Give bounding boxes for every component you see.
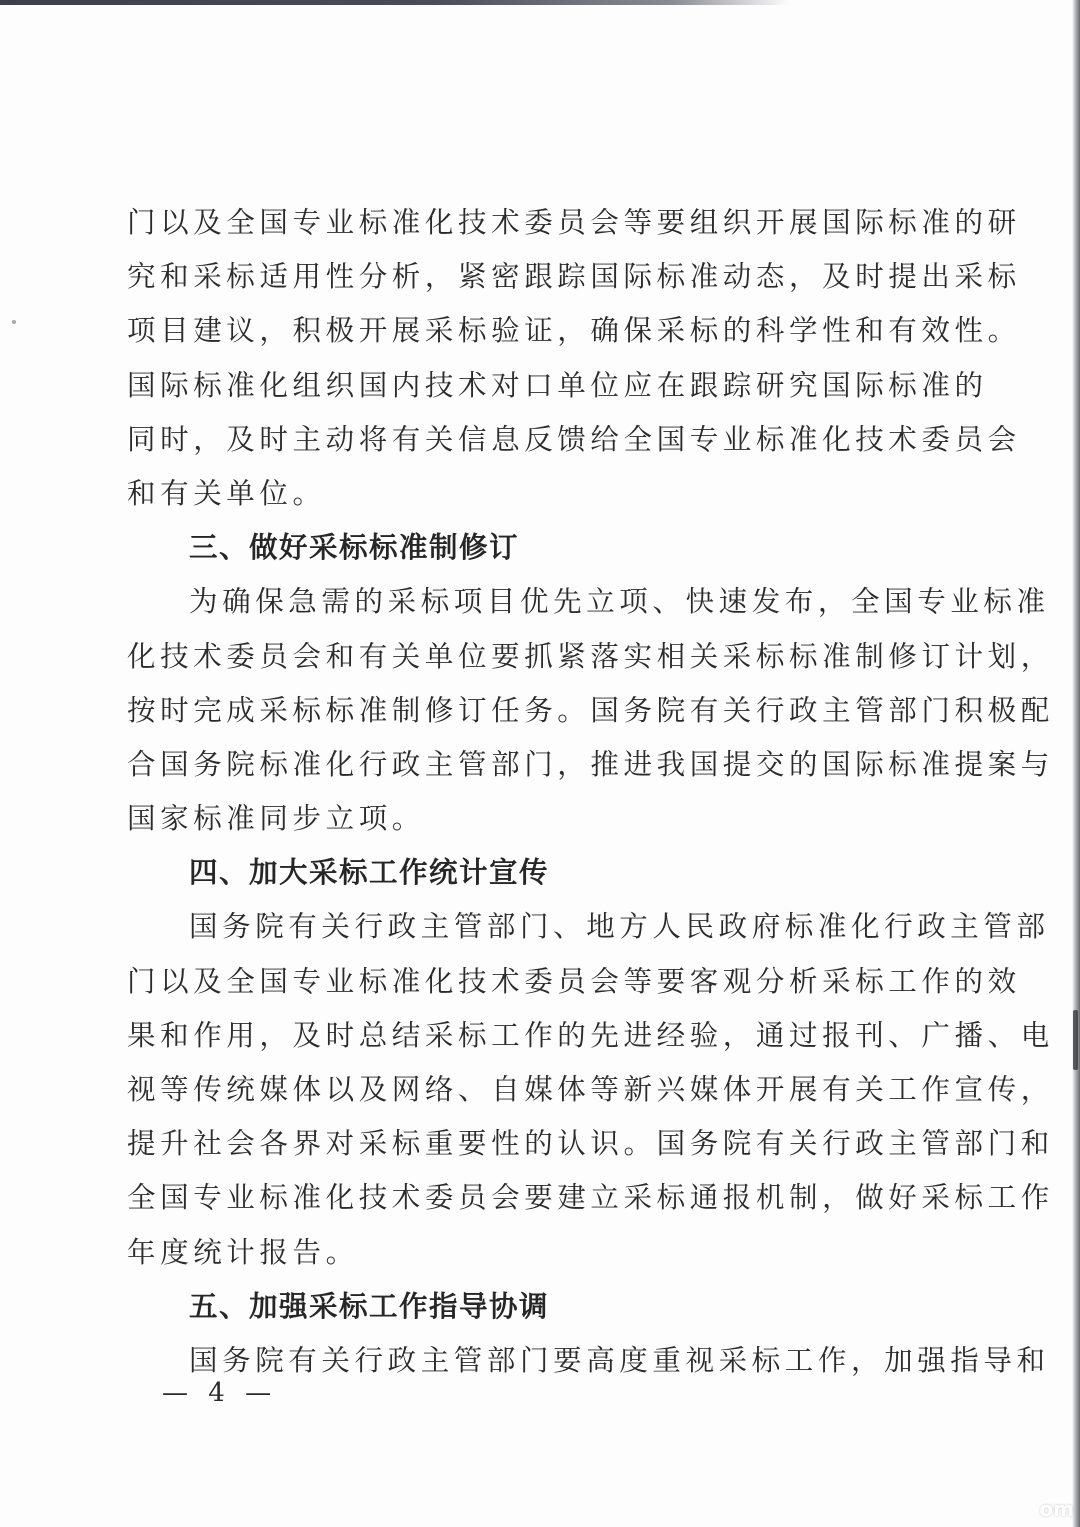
scan-top-edge <box>0 0 790 5</box>
text-line: 国家标准同步立项。 <box>127 792 957 846</box>
text-line: 门以及全国专业标准化技术委员会等要组织开展国际标准的研 <box>127 196 957 250</box>
scan-binding-mark <box>1073 1010 1078 1070</box>
scan-speck <box>12 320 16 324</box>
text-line: 年度统计报告。 <box>127 1226 957 1280</box>
text-line: 究和采标适用性分析，紧密跟踪国际标准动态，及时提出采标 <box>127 250 957 304</box>
watermark: om <box>1039 1497 1074 1521</box>
text-line: 全国专业标准化技术委员会要建立采标通报机制，做好采标工作 <box>127 1171 957 1225</box>
section-3: 三、做好采标标准制修订 为确保急需的采标项目优先立项、快速发布，全国专业标准 化… <box>127 521 957 846</box>
text-line: 为确保急需的采标项目优先立项、快速发布，全国专业标准 <box>127 575 957 629</box>
page-number: — 4 — <box>162 1378 277 1408</box>
section-heading: 四、加大采标工作统计宣传 <box>127 846 957 900</box>
section-4: 四、加大采标工作统计宣传 国务院有关行政主管部门、地方人民政府标准化行政主管部 … <box>127 846 957 1280</box>
section-heading: 三、做好采标标准制修订 <box>127 521 957 575</box>
text-line: 国际标准化组织国内技术对口单位应在跟踪研究国际标准的 <box>127 359 957 413</box>
text-line: 同时，及时主动将有关信息反馈给全国专业标准化技术委员会 <box>127 413 957 467</box>
text-line: 和有关单位。 <box>127 467 957 521</box>
text-line: 提升社会各界对采标重要性的认识。国务院有关行政主管部门和 <box>127 1117 957 1171</box>
text-line: 按时完成采标标准制修订任务。国务院有关行政主管部门积极配 <box>127 684 957 738</box>
text-line: 果和作用，及时总结采标工作的先进经验，通过报刊、广播、电 <box>127 1009 957 1063</box>
text-line: 化技术委员会和有关单位要抓紧落实相关采标标准制修订计划， <box>127 630 957 684</box>
paragraph-continuation: 门以及全国专业标准化技术委员会等要组织开展国际标准的研 究和采标适用性分析，紧密… <box>127 196 957 521</box>
text-line: 合国务院标准化行政主管部门，推进我国提交的国际标准提案与 <box>127 738 957 792</box>
scan-right-edge <box>1072 0 1080 1527</box>
text-line: 项目建议，积极开展采标验证，确保采标的科学性和有效性。 <box>127 304 957 358</box>
text-line: 视等传统媒体以及网络、自媒体等新兴媒体开展有关工作宣传， <box>127 1063 957 1117</box>
text-line: 国务院有关行政主管部门、地方人民政府标准化行政主管部 <box>127 900 957 954</box>
section-5: 五、加强采标工作指导协调 国务院有关行政主管部门要高度重视采标工作，加强指导和 <box>127 1280 957 1388</box>
section-heading: 五、加强采标工作指导协调 <box>127 1280 957 1334</box>
text-line: 门以及全国专业标准化技术委员会等要客观分析采标工作的效 <box>127 955 957 1009</box>
document-page-body: 门以及全国专业标准化技术委员会等要组织开展国际标准的研 究和采标适用性分析，紧密… <box>127 196 957 1388</box>
